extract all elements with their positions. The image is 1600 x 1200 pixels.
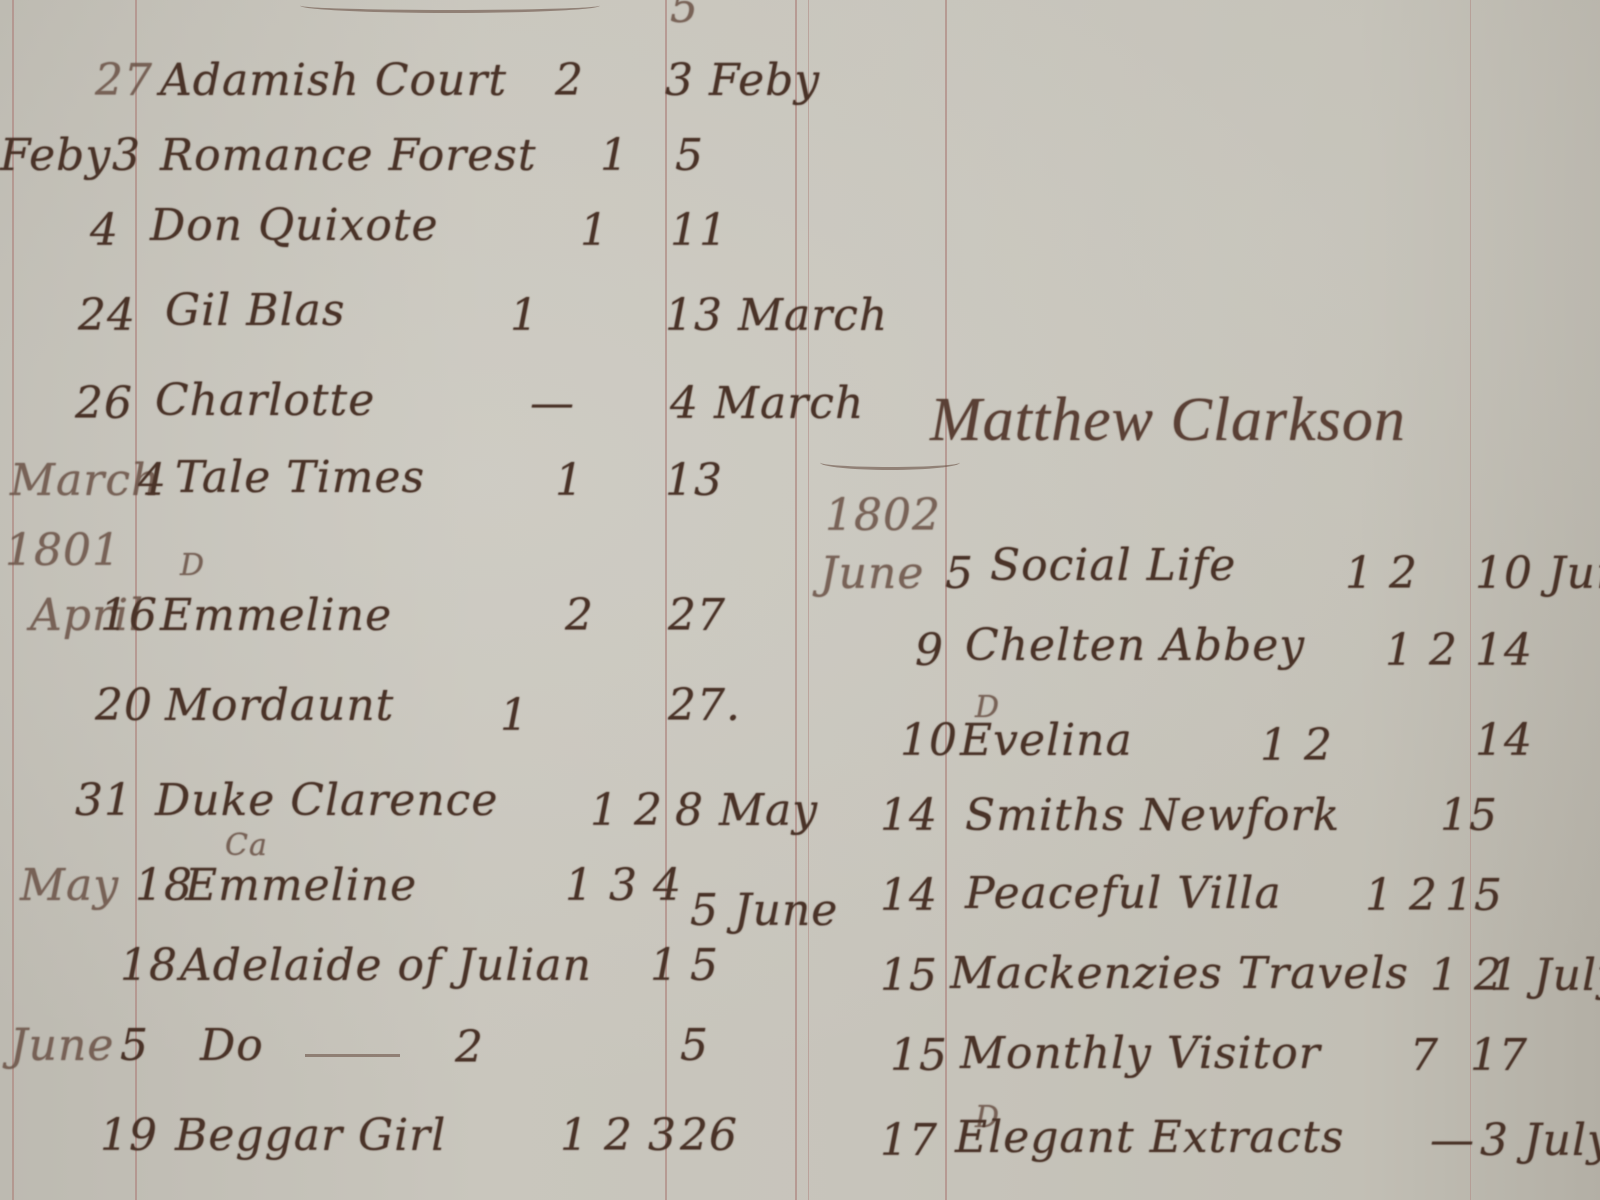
entry-vols: 1 [580, 205, 609, 256]
returned-column-rule [665, 0, 667, 1200]
entry-title: Gil Blas [165, 285, 346, 336]
entry-vols: 7 [1410, 1030, 1439, 1081]
entry-vols: 1 [510, 290, 539, 341]
entry-title: Monthly Visitor [960, 1028, 1321, 1079]
entry-title: Evelina [960, 715, 1133, 766]
entry-day: 10 [900, 715, 958, 766]
top-flourish [300, 0, 600, 13]
entry-day: 4 [138, 455, 167, 506]
right-returned-column-rule [1470, 0, 1471, 1200]
entry-day: 26 [75, 378, 133, 429]
entry-day: 4 [90, 205, 119, 256]
entry-vols: 1 3 4 [565, 860, 682, 911]
entry-day: 15 [880, 950, 938, 1001]
entry-title: Charlotte [155, 375, 375, 426]
entry-vols: 2 [555, 55, 584, 106]
entry-returned: 17 [1470, 1030, 1528, 1081]
entry-returned: 15 [1440, 790, 1498, 841]
entry-returned: 10 June [1475, 548, 1600, 599]
entry-title: Beggar Girl [175, 1110, 446, 1161]
page-divider-rule-a [795, 0, 797, 1200]
entry-title: Mordaunt [165, 680, 394, 731]
entry-vols: 2 [565, 590, 594, 641]
entry-title: Chelten Abbey [965, 620, 1305, 671]
entry-title: Emmeline [160, 590, 392, 641]
entry-returned: 13 March [665, 290, 888, 341]
entry-month: Feby [0, 130, 111, 181]
entry-month: June [10, 1020, 114, 1071]
entry-month: May [20, 860, 119, 911]
entry-returned: 3 Feby [665, 55, 820, 106]
entry-day: 27 [95, 55, 153, 106]
entry-vols: 2 [455, 1022, 484, 1073]
entry-returned: 15 [1445, 870, 1503, 921]
entry-vols: — [1430, 1115, 1475, 1166]
entry-returned: 5 [680, 1020, 709, 1071]
entry-vols: 1 2 [1260, 720, 1333, 771]
entry-vols: 1 [500, 690, 529, 741]
dash-mark [305, 1050, 400, 1057]
entry-title: Elegant Extracts [955, 1112, 1344, 1163]
entry-title: Duke Clarence [155, 775, 498, 826]
entry-returned: 8 May [675, 785, 818, 836]
entry-month: June [820, 548, 924, 599]
entry-returned: 27 [668, 590, 726, 641]
entry-returned: 5 June [690, 885, 838, 936]
entry-day: 19 [100, 1110, 158, 1161]
entry-returned: 5 [675, 130, 704, 181]
entry-returned: 14 [1475, 715, 1533, 766]
entry-day: 20 [95, 680, 153, 731]
entry-day: 24 [78, 290, 136, 341]
top-partial-returned: 5 [670, 0, 699, 33]
entry-returned: 5 [690, 940, 719, 991]
entry-title: Smiths Newfork [965, 790, 1340, 841]
entry-vols: — [530, 378, 575, 429]
account-holder-name: Matthew Clarkson [930, 385, 1406, 456]
entry-vols: 1 [555, 455, 584, 506]
entry-returned: 11 [670, 205, 728, 256]
year-mark: 1801 [5, 525, 121, 576]
entry-returned: 4 March [670, 378, 864, 429]
entry-day: 14 [880, 790, 938, 841]
entry-title: Adelaide of Julian [180, 940, 592, 991]
entry-day: 14 [880, 870, 938, 921]
entry-returned: 27. [668, 680, 741, 731]
page-divider-rule-b [808, 0, 809, 1200]
entry-day: 5 [120, 1020, 149, 1071]
entry-vols: 1 2 3 [560, 1110, 677, 1161]
entry-title: Peaceful Villa [965, 868, 1282, 919]
entry-title: Social Life [990, 540, 1236, 591]
entry-day: 15 [890, 1030, 948, 1081]
entry-vols: 1 [600, 130, 629, 181]
entry-day: 17 [880, 1115, 938, 1166]
entry-day: 31 [75, 775, 133, 826]
entry-title: Emmeline [185, 860, 417, 911]
entry-title: Romance Forest [160, 130, 537, 181]
entry-day: 9 [915, 625, 944, 676]
entry-vols: 1 2 [590, 785, 663, 836]
entry-title: Mackenzies Travels [950, 948, 1409, 999]
entry-title: Adamish Court [160, 55, 507, 106]
entry-returned: 13 [665, 455, 723, 506]
entry-day: 5 [945, 548, 974, 599]
entry-vols: 1 2 [1365, 870, 1438, 921]
entry-day: 18 [120, 940, 178, 991]
entry-day: 3 [112, 130, 141, 181]
entry-returned: 3 July [1480, 1115, 1600, 1166]
entry-title: Do [200, 1020, 264, 1071]
entry-note: D [180, 548, 205, 583]
entry-returned: 14 [1475, 625, 1533, 676]
entry-title: Tale Times [175, 452, 425, 503]
year-label: 1802 [825, 490, 941, 541]
entry-vols: 1 2 [1345, 548, 1418, 599]
entry-vols: 1 2 [1385, 625, 1458, 676]
entry-returned: 1 July [1490, 950, 1600, 1001]
right-date-column-rule [945, 0, 947, 1200]
heading-flourish [820, 455, 960, 470]
entry-title: Don Quixote [150, 200, 439, 251]
entry-note: Ca [225, 828, 268, 863]
entry-vols: 1 [650, 940, 679, 991]
ledger-page: 5 27 Adamish Court 2 3 Feby Feby 3 Roman… [0, 0, 1600, 1200]
entry-returned: 26 [680, 1110, 738, 1161]
entry-day: 16 [100, 590, 158, 641]
